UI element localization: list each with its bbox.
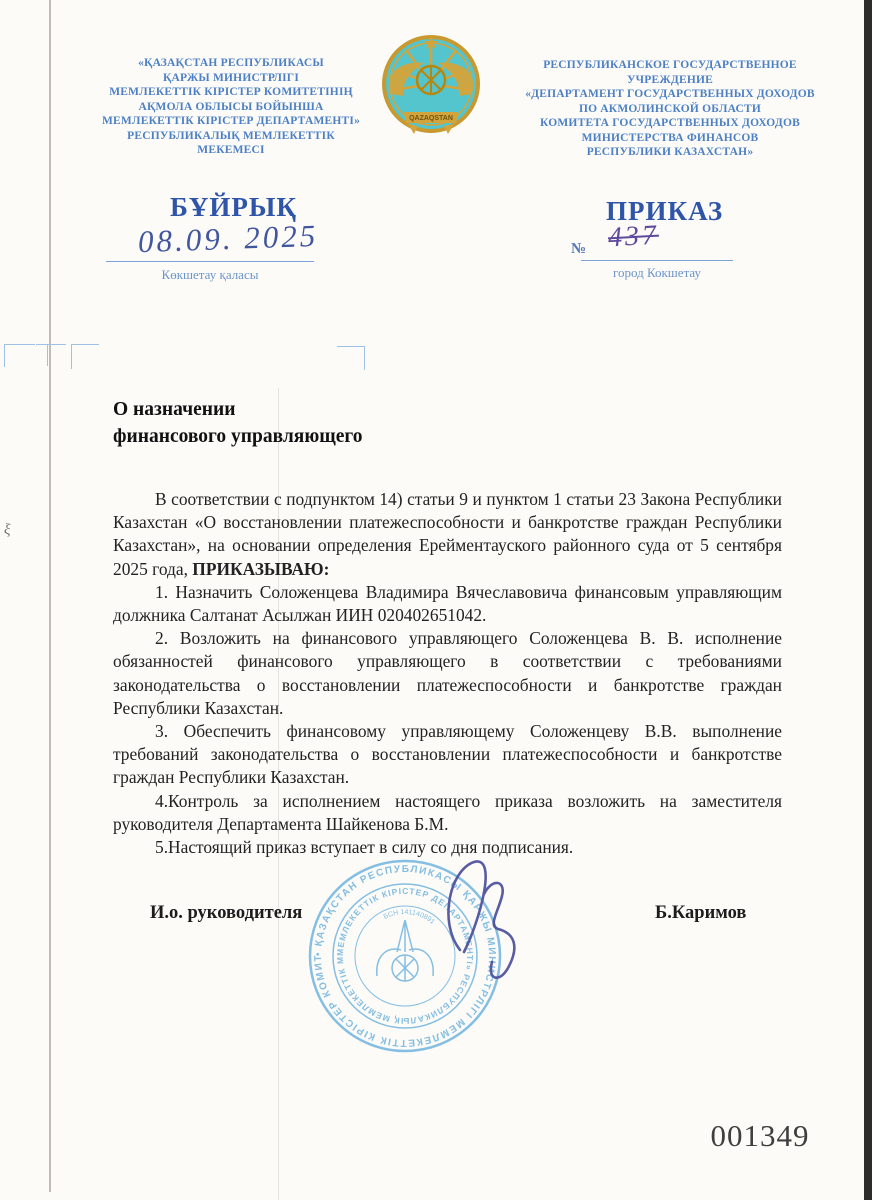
header-kk-line: ҚАРЖЫ МИНИСТРЛІГІ — [74, 71, 388, 86]
order-body: В соответствии с подпунктом 14) статьи 9… — [113, 488, 782, 859]
scan-edge-bar — [864, 0, 872, 1200]
city-kazakh: Көкшетау қаласы — [108, 267, 312, 283]
page-edge-line — [49, 0, 51, 1192]
paragraph-item-3: 3. Обеспечить финансовому управляющему С… — [113, 720, 782, 790]
header-russian: РЕСПУБЛИКАНСКОЕ ГОСУДАРСТВЕННОЕ УЧРЕЖДЕН… — [490, 58, 850, 160]
header-ru-line: РЕСПУБЛИКИ КАЗАХСТАН» — [490, 145, 850, 160]
header-kk-line: «ҚАЗАҚСТАН РЕСПУБЛИКАСЫ — [74, 56, 388, 71]
header-ru-line: ПО АКМОЛИНСКОЙ ОБЛАСТИ — [490, 102, 850, 117]
registration-mark — [4, 344, 35, 367]
order-subject: О назначении финансового управляющего — [113, 396, 533, 450]
header-ru-line: «ДЕПАРТАМЕНТ ГОСУДАРСТВЕННЫХ ДОХОДОВ — [490, 87, 850, 102]
date-line — [106, 228, 314, 262]
header-kk-line: МЕМЛЕКЕТТІК КІРІСТЕР ДЕПАРТАМЕНТІ» — [74, 114, 388, 129]
header-ru-line: РЕСПУБЛИКАНСКОЕ ГОСУДАРСТВЕННОЕ — [490, 58, 850, 73]
header-kk-line: МЕКЕМЕСІ — [74, 143, 388, 158]
header-kk-line: РЕСПУБЛИКАЛЫҚ МЕМЛЕКЕТТІК — [74, 129, 388, 144]
header-ru-line: МИНИСТЕРСТВА ФИНАНСОВ — [490, 131, 850, 146]
kazakhstan-coat-of-arms-icon: QAZAQSTAN — [374, 30, 488, 149]
handwritten-signature — [418, 852, 548, 992]
registration-mark — [337, 346, 365, 370]
header-ru-line: УЧРЕЖДЕНИЕ — [490, 73, 850, 88]
registration-mark — [47, 344, 48, 366]
registration-mark — [36, 344, 66, 345]
header-kk-line: МЕМЛЕКЕТТІК КІРІСТЕР КОМИТЕТІНІҢ — [74, 85, 388, 100]
ink-speck: ξ — [3, 522, 12, 540]
header-kazakh: «ҚАЗАҚСТАН РЕСПУБЛИКАСЫ ҚАРЖЫ МИНИСТРЛІГ… — [74, 56, 388, 158]
paragraph-item-2: 2. Возложить на финансового управляющего… — [113, 627, 782, 720]
number-line — [581, 228, 733, 261]
header-kk-line: АҚМОЛА ОБЛЫСЫ БОЙЫНША — [74, 100, 388, 115]
header-ru-line: КОМИТЕТА ГОСУДАРСТВЕННЫХ ДОХОДОВ — [490, 116, 850, 131]
page-number: 001349 — [700, 1118, 820, 1154]
registration-mark — [71, 344, 99, 369]
paragraph-item-1: 1. Назначить Соложенцева Владимира Вячес… — [113, 581, 782, 627]
prikazyvayu-bold: ПРИКАЗЫВАЮ: — [192, 559, 329, 579]
subject-line: финансового управляющего — [113, 423, 533, 450]
paragraph-preamble: В соответствии с подпунктом 14) статьи 9… — [113, 488, 782, 581]
signer-name: Б.Каримов — [655, 903, 746, 924]
signer-position: И.о. руководителя — [150, 903, 302, 924]
subject-line: О назначении — [113, 396, 533, 423]
scanned-order-document: ξ «ҚАЗАҚСТАН РЕСПУБЛИКАСЫ ҚАРЖЫ МИНИСТРЛ… — [0, 0, 872, 1200]
emblem-banner-text: QAZAQSTAN — [409, 115, 453, 122]
paragraph-item-4: 4.Контроль за исполнением настоящего при… — [113, 790, 782, 836]
city-russian: город Кокшетау — [581, 265, 733, 281]
